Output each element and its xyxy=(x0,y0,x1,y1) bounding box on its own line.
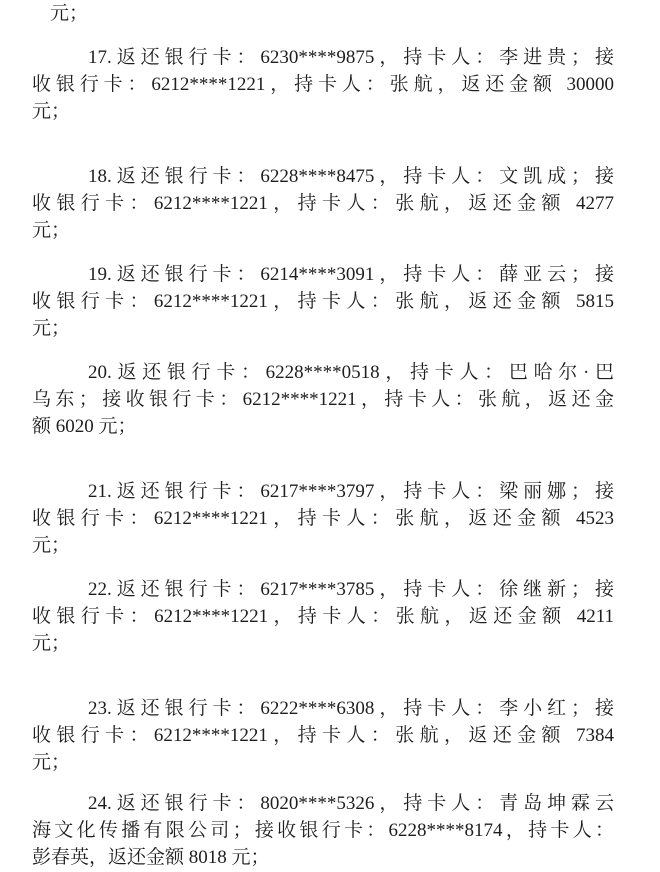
text-line: 收银行卡：6212****1221，持卡人：张航，返还金额 30000 xyxy=(32,71,614,98)
return-item-19: 19.返还银行卡：6214****3091，持卡人：薛亚云；接 收银行卡：621… xyxy=(32,261,614,342)
text-line: 额 6020 元； xyxy=(32,413,614,440)
return-item-20: 20.返还银行卡：6228****0518，持卡人：巴哈尔·巴 乌东；接收银行卡… xyxy=(32,359,614,440)
text-line: 收银行卡：6212****1221，持卡人：张航，返还金额 4523 xyxy=(32,505,614,532)
text-line: 彭春英，返还金额 8018 元； xyxy=(32,844,614,871)
text-line: 元； xyxy=(32,0,614,27)
text-line: 20.返还银行卡：6228****0518，持卡人：巴哈尔·巴 xyxy=(32,359,614,386)
document-page: 元； 17.返还银行卡：6230****9875，持卡人：李进贵；接 收银行卡：… xyxy=(0,0,660,872)
return-item-18: 18.返还银行卡：6228****8475，持卡人：文凯成；接 收银行卡：621… xyxy=(32,163,614,244)
text-line: 收银行卡：6212****1221，持卡人：张航，返还金额 7384 xyxy=(32,722,614,749)
text-line: 乌东；接收银行卡：6212****1221，持卡人：张航，返还金 xyxy=(32,386,614,413)
text-line: 元； xyxy=(32,98,614,125)
text-line: 23.返还银行卡：6222****6308，持卡人：李小红；接 xyxy=(32,695,614,722)
text-line: 元； xyxy=(32,217,614,244)
text-line: 收银行卡：6212****1221，持卡人：张航，返还金额 4277 xyxy=(32,190,614,217)
text-line: 元； xyxy=(32,532,614,559)
previous-item-tail: 元； xyxy=(32,0,614,27)
text-line: 17.返还银行卡：6230****9875，持卡人：李进贵；接 xyxy=(32,44,614,71)
return-item-17: 17.返还银行卡：6230****9875，持卡人：李进贵；接 收银行卡：621… xyxy=(32,44,614,125)
return-item-21: 21.返还银行卡：6217****3797，持卡人：梁丽娜；接 收银行卡：621… xyxy=(32,478,614,559)
text-line: 元； xyxy=(32,749,614,776)
text-line: 收银行卡：6212****1221，持卡人：张航，返还金额 4211 xyxy=(32,603,614,630)
return-item-22: 22.返还银行卡：6217****3785，持卡人：徐继新；接 收银行卡：621… xyxy=(32,576,614,657)
text-line: 收银行卡：6212****1221，持卡人：张航，返还金额 5815 xyxy=(32,288,614,315)
text-line: 19.返还银行卡：6214****3091，持卡人：薛亚云；接 xyxy=(32,261,614,288)
text-line: 海文化传播有限公司；接收银行卡：6228****8174，持卡人： xyxy=(32,817,614,844)
text-line: 21.返还银行卡：6217****3797，持卡人：梁丽娜；接 xyxy=(32,478,614,505)
text-line: 22.返还银行卡：6217****3785，持卡人：徐继新；接 xyxy=(32,576,614,603)
text-line: 元； xyxy=(32,315,614,342)
return-item-23: 23.返还银行卡：6222****6308，持卡人：李小红；接 收银行卡：621… xyxy=(32,695,614,776)
text-line: 18.返还银行卡：6228****8475，持卡人：文凯成；接 xyxy=(32,163,614,190)
text-line: 24.返还银行卡：8020****5326，持卡人：青岛坤霖云 xyxy=(32,790,614,817)
return-item-24: 24.返还银行卡：8020****5326，持卡人：青岛坤霖云 海文化传播有限公… xyxy=(32,790,614,871)
text-line: 元； xyxy=(32,630,614,657)
